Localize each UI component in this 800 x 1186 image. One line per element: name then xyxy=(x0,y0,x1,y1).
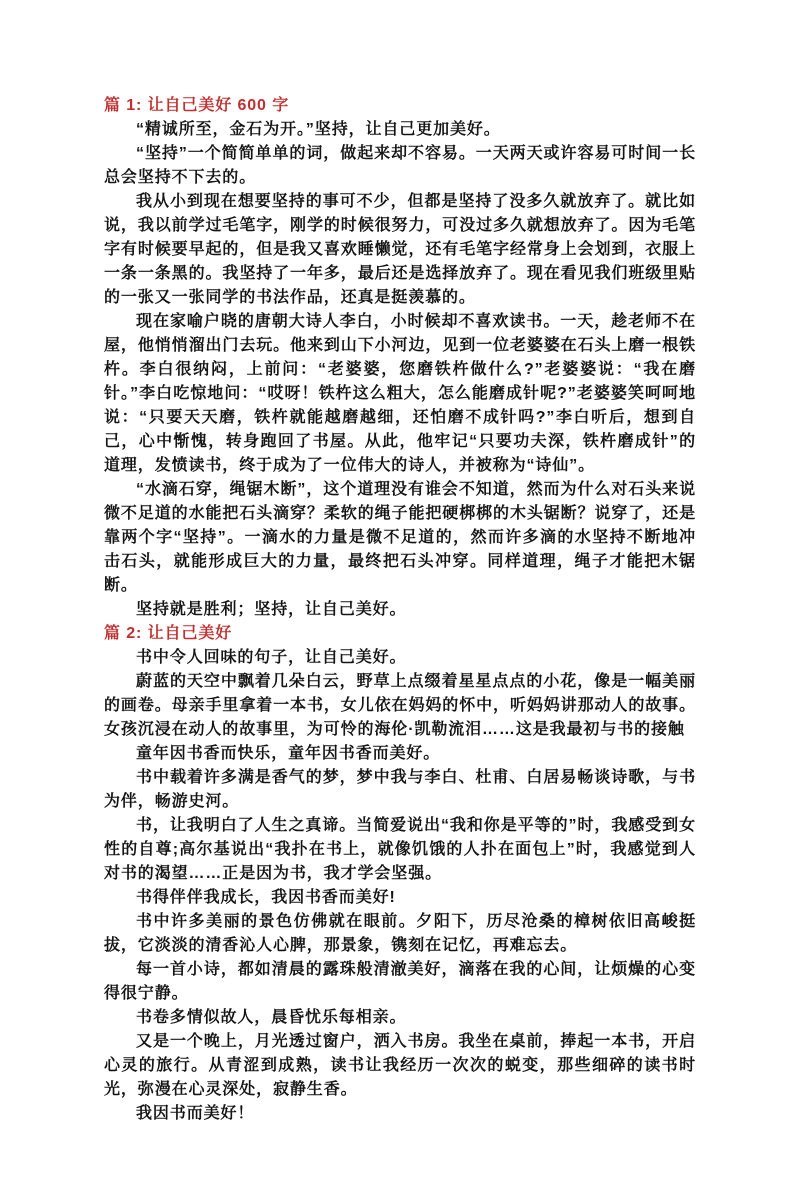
essay-2-paragraph: 每一首小诗，都如清晨的露珠般清澈美好，滴落在我的心间，让烦燥的心变得很宁静。 xyxy=(104,958,696,1006)
essay-2-paragraph: 书卷多情似故人，晨昏忧乐每相亲。 xyxy=(104,1006,696,1030)
essay-2-paragraph: 书中许多美丽的景色仿佛就在眼前。夕阳下，历尽沧桑的樟树依旧高峻挺拔，它淡淡的清香… xyxy=(104,910,696,958)
essay-1: 篇 1: 让自己美好 600 字 “精诚所至，金石为开。”坚持，让自己更加美好。… xyxy=(104,94,696,622)
essay-2-paragraph: 又是一个晚上，月光透过窗户，洒入书房。我坐在桌前，捧起一本书，开启心灵的旅行。从… xyxy=(104,1030,696,1102)
essay-2: 篇 2: 让自己美好 书中令人回味的句子，让自己美好。 蔚蓝的天空中飘着几朵白云… xyxy=(104,622,696,1126)
document-page: 篇 1: 让自己美好 600 字 “精诚所至，金石为开。”坚持，让自己更加美好。… xyxy=(0,0,800,1186)
essay-2-paragraph: 书中令人回味的句子，让自己美好。 xyxy=(104,646,696,670)
essay-1-paragraph: “坚持”一个简简单单的词，做起来却不容易。一天两天或许容易可时间一长总会坚持不下… xyxy=(104,142,696,190)
essay-1-paragraph: 现在家喻户晓的唐朝大诗人李白，小时候却不喜欢读书。一天，趁老师不在屋，他悄悄溜出… xyxy=(104,310,696,478)
essay-1-paragraph: “精诚所至，金石为开。”坚持，让自己更加美好。 xyxy=(104,118,696,142)
essay-2-paragraph: 蔚蓝的天空中飘着几朵白云，野草上点缀着星星点点的小花，像是一幅美丽的画卷。母亲手… xyxy=(104,670,696,742)
essay-1-paragraph: 坚持就是胜利；坚持，让自己美好。 xyxy=(104,598,696,622)
essay-2-paragraph: 我因书而美好！ xyxy=(104,1102,696,1126)
essay-2-paragraph: 书得伴伴我成长，我因书香而美好! xyxy=(104,886,696,910)
essay-2-paragraph: 书，让我明白了人生之真谛。当简爱说出“我和你是平等的”时，我感受到女性的自尊;高… xyxy=(104,814,696,886)
essay-1-paragraph: “水滴石穿，绳锯木断”，这个道理没有谁会不知道，然而为什么对石头来说微不足道的水… xyxy=(104,478,696,598)
essay-2-paragraph: 童年因书香而快乐，童年因书香而美好。 xyxy=(104,742,696,766)
essay-1-paragraph: 我从小到现在想要坚持的事可不少，但都是坚持了没多久就放弃了。就比如说，我以前学过… xyxy=(104,190,696,310)
essay-1-title: 篇 1: 让自己美好 600 字 xyxy=(104,94,696,118)
essay-2-paragraph: 书中载着许多满是香气的梦，梦中我与李白、杜甫、白居易畅谈诗歌，与书为伴，畅游史河… xyxy=(104,766,696,814)
essay-2-title: 篇 2: 让自己美好 xyxy=(104,622,696,646)
